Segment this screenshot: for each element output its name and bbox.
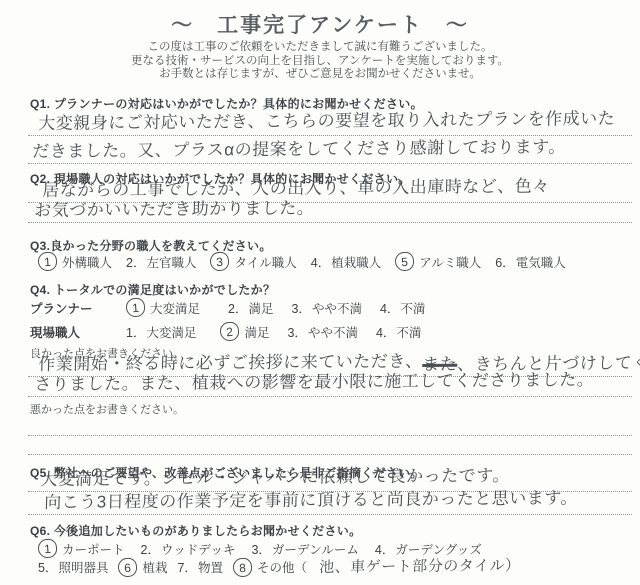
hand-circle-mark: 1	[37, 251, 57, 271]
q4-question-label: Q4. トータルでの満足度はいかがでしたか？	[30, 281, 275, 298]
q4-worker-row: 現場職人 1． 大変満足 2 満足 3． やや不満 4． 不満	[30, 322, 439, 341]
q6-other-handwritten-note: 池、車ゲート部分のタイル）	[319, 554, 521, 578]
intro-line-1: この度は工事のご依頼をいただきまして誠に有難うございました。	[0, 41, 640, 55]
q3-option-1: 1 外構職人	[38, 252, 112, 271]
q6-option-2: 2． ウッドデッキ	[141, 540, 236, 558]
intro-text: この度は工事のご依頼をいただきまして誠に有難うございました。 更なる技術・サービ…	[0, 41, 640, 82]
q6-option-7: 7． 物置	[177, 558, 222, 576]
q3-option-6: 6． 電気職人	[495, 253, 565, 271]
q4-bad-answer-line-2	[28, 440, 632, 455]
hand-circle-mark: 5	[395, 251, 415, 271]
q3-option-3-label: タイル職人	[234, 253, 296, 271]
form-title: ～ 工事完了アンケート ～	[0, 9, 640, 39]
q3-option-4: 4． 植栽職人	[311, 253, 381, 271]
q4-bad-points-label: 悪かった点をお書きください。	[30, 401, 184, 417]
q3-option-4-label: 植栽職人	[331, 253, 381, 271]
intro-line-2: 更なる技術・サービスの向上を目指し、アンケートを実施しております。	[0, 55, 640, 69]
hand-circle-mark: 3	[210, 251, 230, 271]
q4-planner-option-3: 3． やや不満	[291, 299, 361, 317]
q2-handwritten-answer-2: お気づかいいただき助かりました。	[34, 194, 315, 222]
q3-option-2: 2． 左官職人	[126, 253, 196, 271]
q3-options-row: 1 外構職人 2． 左官職人 3 タイル職人 4． 植栽職人 5 アルミ職人 6…	[38, 252, 580, 271]
q4-planner-subject: プランナー	[30, 299, 126, 317]
q2-answer-line-2: お気づかいいただき助かりました。	[28, 196, 632, 223]
q4-good-answer-line-2: さりました。また、植栽への影響を最小限に施工してくださりました。	[28, 373, 632, 397]
q6-option-5: 5． 照明器具	[38, 558, 108, 576]
q4-planner-option-2: 2． 満足	[228, 299, 273, 317]
q6-options-row-2: 5． 照明器具 6 植栽 7． 物置 8 その他（ 池、車ゲート部分のタイル）	[38, 556, 520, 578]
hand-circle-mark: 8	[232, 557, 252, 577]
intro-line-3: お手数とは存じますが、ぜひご意見をお聞かせくださいませ。	[0, 68, 640, 82]
q4-planner-option-1: 1 大変満足	[126, 298, 200, 317]
hand-circle-mark: 2	[220, 321, 240, 341]
q6-question-label: Q6. 今後追加したいものがありましたらお聞かせください。	[30, 522, 361, 539]
q3-option-1-label: 外構職人	[62, 253, 112, 271]
q3-option-3: 3 タイル職人	[210, 252, 296, 271]
q3-option-5-label: アルミ職人	[419, 253, 481, 271]
q4-planner-row: プランナー 1 大変満足 2． 満足 3． やや不満 4． 不満	[30, 298, 443, 317]
q3-option-6-label: 電気職人	[516, 253, 566, 271]
q4-planner-option-4: 4． 不満	[380, 299, 425, 317]
q4-worker-option-3: 3． やや不満	[287, 323, 357, 341]
q4-worker-option-1: 1． 大変満足	[126, 323, 196, 341]
q3-option-5: 5 アルミ職人	[395, 252, 481, 271]
q4-good-handwritten-2: さりました。また、植栽への影響を最小限に施工してくださりました。	[34, 365, 595, 396]
q4-worker-subject: 現場職人	[30, 323, 126, 341]
q4-worker-option-4: 4． 不満	[376, 323, 421, 341]
q5-answer-line-2: 向こう3日程度の作業予定を事前に頂けると尚良かったと思います。	[28, 490, 632, 515]
q5-handwritten-answer-2: 向こう3日程度の作業予定を事前に頂けると尚良かったと思います。	[44, 483, 578, 514]
q1-handwritten-answer-1: 大変親身にご対応いただき、こちらの要望を取り入れたプランを作成いた	[38, 104, 615, 135]
q4-worker-option-2: 2 満足	[220, 322, 269, 341]
q3-option-2-label: 左官職人	[146, 253, 196, 271]
hand-circle-mark: 1	[125, 297, 145, 317]
q4-bad-answer-line-1	[28, 420, 632, 436]
q6-option-8: 8 その他（	[233, 558, 307, 577]
q1-handwritten-answer-2: だきました。又、プラスαの提案をしてくださり感謝しております。	[32, 132, 566, 163]
q1-answer-line-2: だきました。又、プラスαの提案をしてくださり感謝しております。	[28, 132, 632, 164]
hand-circle-mark: 6	[118, 557, 138, 577]
q6-option-6: 6 植栽	[118, 558, 167, 577]
